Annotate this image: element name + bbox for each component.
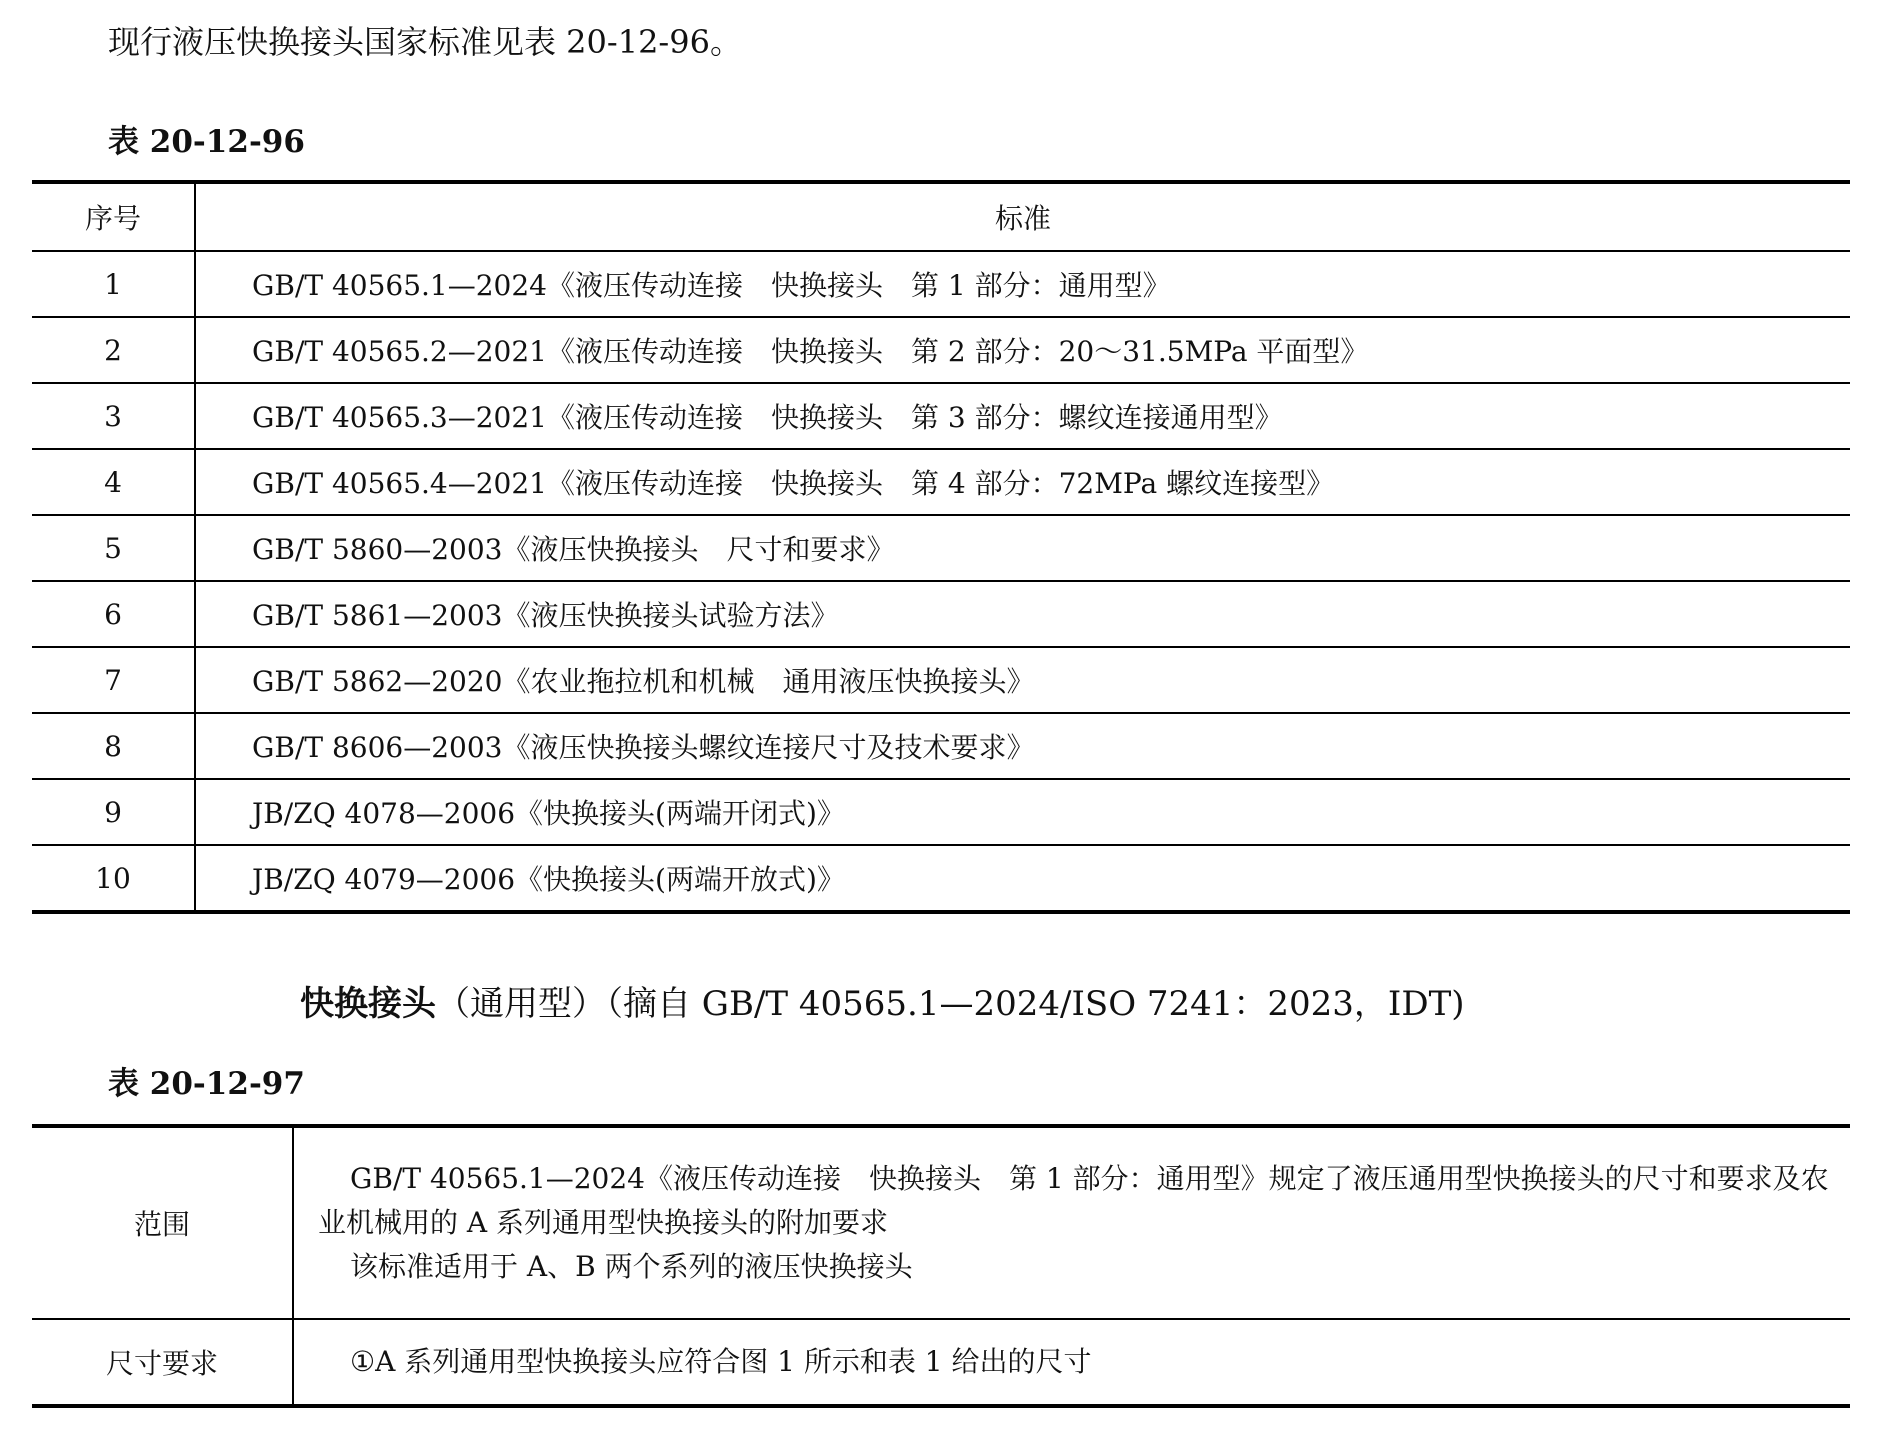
table-row: 8GB/T 8606—2003《液压快换接头螺纹连接尺寸及技术要求》 (32, 713, 1850, 779)
standard-name: JB/ZQ 4079—2006《快换接头(两端开放式)》 (195, 845, 1850, 912)
standard-name: GB/T 5860—2003《液压快换接头 尺寸和要求》 (195, 515, 1850, 581)
table-row: 3GB/T 40565.3—2021《液压传动连接 快换接头 第 3 部分：螺纹… (32, 383, 1850, 449)
standard-name: GB/T 5862—2020《农业拖拉机和机械 通用液压快换接头》 (195, 647, 1850, 713)
serial-no: 8 (32, 713, 195, 779)
section-title: 快换接头（通用型）（摘自 GB/T 40565.1—2024/ISO 7241：… (300, 982, 1465, 1026)
row-label: 范围 (32, 1126, 293, 1319)
table-caption-20-12-96: 表 20-12-96 (108, 122, 305, 162)
standard-name: GB/T 40565.4—2021《液压传动连接 快换接头 第 4 部分：72M… (195, 449, 1850, 515)
standard-name: GB/T 8606—2003《液压快换接头螺纹连接尺寸及技术要求》 (195, 713, 1850, 779)
table-row-dimension-requirements: 尺寸要求 ①A 系列通用型快换接头应符合图 1 所示和表 1 给出的尺寸 (32, 1319, 1850, 1406)
standards-table: 序号 标准 1GB/T 40565.1—2024《液压传动连接 快换接头 第 1… (32, 180, 1850, 914)
table-row: 6GB/T 5861—2003《液压快换接头试验方法》 (32, 581, 1850, 647)
serial-no: 9 (32, 779, 195, 845)
serial-no: 10 (32, 845, 195, 912)
standard-name: GB/T 40565.1—2024《液压传动连接 快换接头 第 1 部分：通用型… (195, 251, 1850, 317)
coupling-spec-table: 范围 GB/T 40565.1—2024《液压传动连接 快换接头 第 1 部分：… (32, 1124, 1850, 1408)
dimension-line-1: ①A 系列通用型快换接头应符合图 1 所示和表 1 给出的尺寸 (318, 1340, 1830, 1384)
scope-line-2: 该标准适用于 A、B 两个系列的液压快换接头 (318, 1245, 1830, 1289)
table-row: 4GB/T 40565.4—2021《液压传动连接 快换接头 第 4 部分：72… (32, 449, 1850, 515)
standard-name: GB/T 40565.3—2021《液压传动连接 快换接头 第 3 部分：螺纹连… (195, 383, 1850, 449)
table-caption-20-12-97: 表 20-12-97 (108, 1064, 305, 1104)
table-row: 2GB/T 40565.2—2021《液压传动连接 快换接头 第 2 部分：20… (32, 317, 1850, 383)
table-row: 9JB/ZQ 4078—2006《快换接头(两端开闭式)》 (32, 779, 1850, 845)
header-serial-no: 序号 (32, 182, 195, 251)
serial-no: 1 (32, 251, 195, 317)
table-row: 5GB/T 5860—2003《液压快换接头 尺寸和要求》 (32, 515, 1850, 581)
serial-no: 6 (32, 581, 195, 647)
section-title-bold: 快换接头 (300, 984, 436, 1024)
table-row-scope: 范围 GB/T 40565.1—2024《液压传动连接 快换接头 第 1 部分：… (32, 1126, 1850, 1319)
scope-line-1: GB/T 40565.1—2024《液压传动连接 快换接头 第 1 部分：通用型… (318, 1157, 1830, 1245)
standard-name: GB/T 40565.2—2021《液压传动连接 快换接头 第 2 部分：20～… (195, 317, 1850, 383)
serial-no: 5 (32, 515, 195, 581)
section-title-rest: （通用型）（摘自 GB/T 40565.1—2024/ISO 7241：2023… (436, 984, 1465, 1024)
table-row: 7GB/T 5862—2020《农业拖拉机和机械 通用液压快换接头》 (32, 647, 1850, 713)
standard-name: GB/T 5861—2003《液压快换接头试验方法》 (195, 581, 1850, 647)
row-content: GB/T 40565.1—2024《液压传动连接 快换接头 第 1 部分：通用型… (293, 1126, 1850, 1319)
table-header-row: 序号 标准 (32, 182, 1850, 251)
intro-paragraph: 现行液压快换接头国家标准见表 20-12-96。 (108, 20, 742, 64)
header-standard: 标准 (195, 182, 1850, 251)
serial-no: 4 (32, 449, 195, 515)
serial-no: 3 (32, 383, 195, 449)
serial-no: 7 (32, 647, 195, 713)
row-label: 尺寸要求 (32, 1319, 293, 1406)
serial-no: 2 (32, 317, 195, 383)
standard-name: JB/ZQ 4078—2006《快换接头(两端开闭式)》 (195, 779, 1850, 845)
table-row: 10JB/ZQ 4079—2006《快换接头(两端开放式)》 (32, 845, 1850, 912)
row-content: ①A 系列通用型快换接头应符合图 1 所示和表 1 给出的尺寸 (293, 1319, 1850, 1406)
table-row: 1GB/T 40565.1—2024《液压传动连接 快换接头 第 1 部分：通用… (32, 251, 1850, 317)
